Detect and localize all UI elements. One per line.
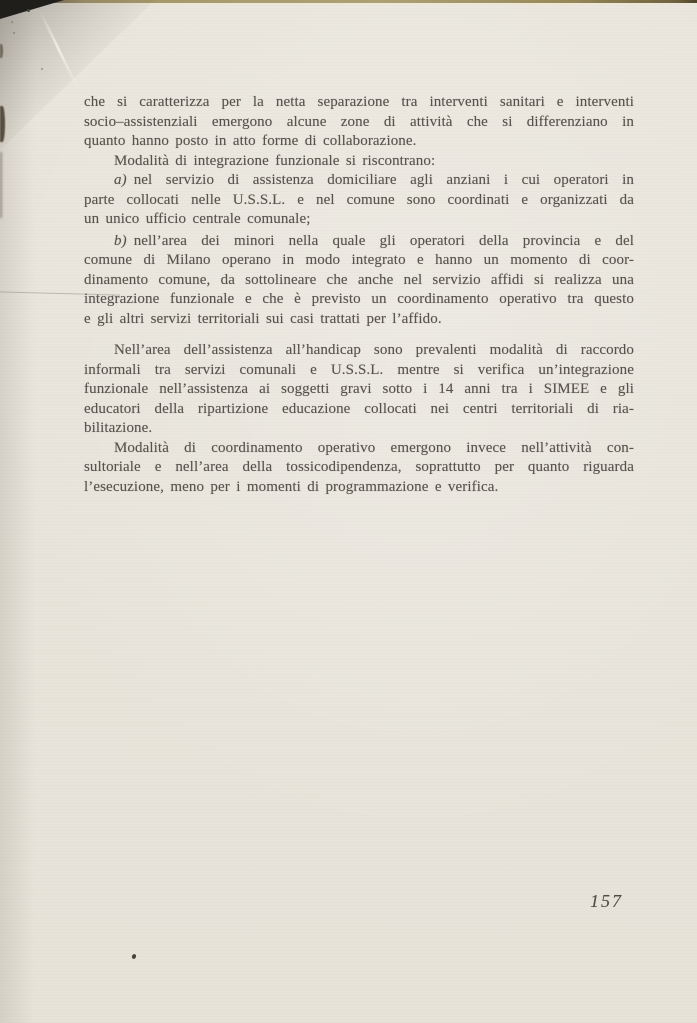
text-line: b)nell’area dei minori nella quale gli o… [84, 232, 634, 252]
paragraph-handicap: Nell’area dell’assistenza all’handicap s… [84, 341, 634, 439]
text-line: educatori della ripartizione educazione … [84, 400, 634, 420]
ink-speck [11, 21, 13, 23]
paragraph-coordinamento: Modalità di coordinamento operativo emer… [84, 439, 634, 498]
page-number: 157 [590, 891, 623, 912]
text-line: a)nel servizio di assistenza domiciliare… [84, 171, 634, 191]
paragraph-intro: che si caratterizza per la netta separaz… [84, 93, 634, 152]
text-line: comune di Milano operano in modo integra… [84, 251, 634, 271]
list-marker-b: b) [114, 233, 127, 249]
text-line: funzionale nell’assistenza ai soggetti g… [84, 380, 634, 400]
page-edge-blemish [0, 44, 3, 58]
text-line: Modalità di coordinamento operativo emer… [84, 439, 634, 459]
text-line-lead: nel servizio di assistenza domiciliare a… [134, 172, 634, 188]
ink-speck [13, 32, 15, 34]
text-line-lead: nell’area dei minori nella quale gli ope… [134, 233, 634, 249]
text-line: bilitazione. [84, 419, 634, 439]
paragraph-item-a: a)nel servizio di assistenza domiciliare… [84, 171, 634, 230]
page-text: che si caratterizza per la netta separaz… [84, 93, 634, 497]
text-line: quanto hanno posto in atto forme di coll… [84, 132, 634, 152]
paragraph-item-b: b)nell’area dei minori nella quale gli o… [84, 232, 634, 330]
text-line: dinamento comune, da sottolineare che an… [84, 271, 634, 291]
list-marker-a: a) [114, 172, 127, 188]
page-edge-shadow [0, 152, 2, 218]
text-line: Nell’area dell’assistenza all’handicap s… [84, 341, 634, 361]
text-line: che si caratterizza per la netta separaz… [84, 93, 634, 113]
text-line: integrazione funzionale e che è previsto… [84, 290, 634, 310]
text-line: sultoriale e nell’area della tossicodipe… [84, 458, 634, 478]
text-line: socio–assistenziali emergono alcune zone… [84, 113, 634, 133]
text-line: l’esecuzione, meno per i momenti di prog… [84, 478, 634, 498]
ink-speck [27, 9, 30, 12]
page-edge-blemish [0, 106, 5, 142]
ink-speck [41, 68, 43, 70]
text-line: Modalità di integrazione funzionale si r… [84, 152, 634, 172]
ink-speck [131, 953, 137, 959]
text-line: informali tra servizi comunali e U.S.S.L… [84, 361, 634, 381]
text-line: parte collocati nelle U.S.S.L. e nel com… [84, 191, 634, 211]
scanned-document-page: che si caratterizza per la netta separaz… [0, 0, 697, 1023]
paragraph-modalita-integrazione: Modalità di integrazione funzionale si r… [84, 152, 634, 172]
text-line: un unico ufficio centrale comunale; [84, 210, 634, 230]
text-line: e gli altri servizi territoriali sui cas… [84, 310, 634, 330]
